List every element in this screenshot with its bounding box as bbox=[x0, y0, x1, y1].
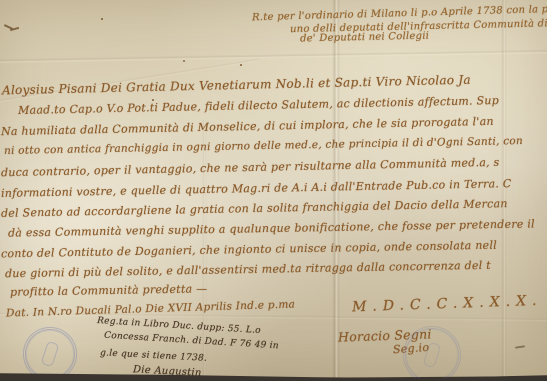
ink-speck bbox=[183, 60, 185, 62]
manuscript-photo: R.te per l'ordinario di Milano li p.o Ap… bbox=[0, 0, 547, 381]
stamp-emblem-icon bbox=[41, 341, 60, 368]
y-crease-mark bbox=[4, 24, 20, 36]
ink-speck bbox=[101, 18, 103, 20]
stamp-emblem-icon bbox=[423, 342, 442, 369]
archive-stamp-icon-left bbox=[23, 327, 77, 381]
archive-stamp-icon-right bbox=[403, 326, 461, 381]
ink-speck bbox=[240, 64, 242, 66]
